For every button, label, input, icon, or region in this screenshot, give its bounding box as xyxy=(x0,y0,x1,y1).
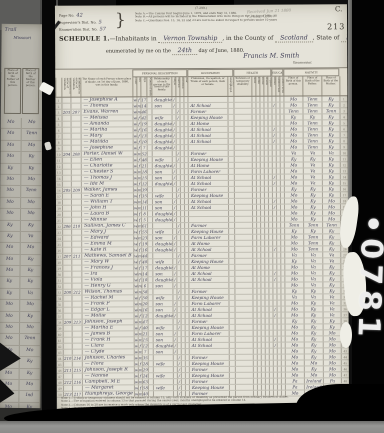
cell-rel: son xyxy=(153,331,173,336)
cell-fb: Ky xyxy=(304,306,323,311)
cell-rel xyxy=(151,109,171,114)
cell-occ: Farmer xyxy=(189,355,229,360)
cell-d xyxy=(61,98,70,103)
cell-mb: Va xyxy=(322,252,340,257)
cell-bp: Ky xyxy=(284,258,303,263)
cell-d xyxy=(62,164,71,169)
cell-bp: Tenn xyxy=(283,108,302,113)
left-page-birthplace: Ky xyxy=(0,289,20,300)
cell-fb: Tenn xyxy=(303,138,322,143)
cell-name: — Mary J xyxy=(81,229,133,234)
cell-name: — Edward xyxy=(81,235,133,240)
cell-bp: Ky xyxy=(284,114,303,119)
cell-name: Campbell, M E xyxy=(82,379,134,384)
cell-d xyxy=(62,296,71,301)
enumerator-signature: Francis M. Smith xyxy=(243,51,299,59)
cell-occ: At School xyxy=(188,199,228,204)
cell-d xyxy=(62,194,71,199)
cell-name: Walker, James xyxy=(81,187,133,192)
cell-rel xyxy=(152,151,172,156)
cell-bp: Ky xyxy=(284,228,303,233)
cell-mb: Ky xyxy=(321,102,339,107)
left-page-birthplace: Ky xyxy=(20,312,41,323)
left-page-birthplace: Mo xyxy=(1,141,22,152)
cell-bp: Mo xyxy=(284,180,303,185)
cell-name: Sullivan, James C xyxy=(81,223,133,228)
cell-sick xyxy=(235,319,253,324)
cell-fb: Tenn xyxy=(302,102,321,107)
cell-rel: son xyxy=(153,337,173,342)
cell-occ: At Home xyxy=(188,265,228,270)
cell-name: — Josephine xyxy=(81,145,133,150)
cell-occ: At School xyxy=(189,313,229,318)
cell-fb: Va xyxy=(303,168,322,173)
cell-d xyxy=(62,134,71,139)
cell-mb: Ky xyxy=(322,138,340,143)
cell-sick xyxy=(234,121,252,126)
cell-sick xyxy=(235,373,253,378)
cell-name: — Mollie xyxy=(82,313,134,318)
cell-fb: Mo xyxy=(304,372,323,377)
cell-bp: Mo xyxy=(285,354,304,359)
enumeration-dist-label: Enumeration Dist. No. xyxy=(59,28,98,32)
left-page-row: MoKy xyxy=(0,255,42,267)
left-page-birthplace: Mo xyxy=(0,198,21,209)
cell-bp: Va xyxy=(284,294,303,299)
left-page-row: MoMo xyxy=(0,198,42,210)
cell-fb: Tenn xyxy=(303,120,322,125)
schedule-text: —Inhabitants in xyxy=(110,36,157,42)
cell-name: — Viola xyxy=(81,277,133,282)
left-page-birthplace: Ky xyxy=(0,220,21,231)
left-page-column-header: Place of birth of the Mother of this per… xyxy=(22,68,39,114)
cell-d xyxy=(62,260,71,265)
cell-sick xyxy=(235,367,253,372)
cell-name: — Clara xyxy=(82,343,134,348)
form-note: Note C.—Questions Nos. 13, 14, 22 and 23… xyxy=(135,19,277,23)
left-page-row: MoKy xyxy=(0,311,41,323)
column-header-label: Profession, Occupation, or Trade of each… xyxy=(188,77,227,87)
cell-f xyxy=(71,194,81,199)
state-label: , State of xyxy=(313,35,340,41)
cell-f xyxy=(72,332,82,337)
cell-fb: Va xyxy=(303,282,322,287)
cell-occ: Keeping House xyxy=(188,115,228,120)
cell-occ: At School xyxy=(188,271,228,276)
left-page-birthplace: Mo xyxy=(19,380,40,391)
cell-mb: Mo xyxy=(323,360,341,365)
cell-f xyxy=(71,200,81,205)
column-header-f: Families numbered in order of visitation… xyxy=(70,78,80,97)
left-page-column-header: Place of birth of the Father of this per… xyxy=(4,68,21,114)
cell-rel xyxy=(152,223,172,228)
cell-d xyxy=(63,332,72,337)
cell-f xyxy=(72,350,82,355)
cell-d xyxy=(62,176,71,181)
left-page-birthplace: Ky xyxy=(20,357,41,368)
cell-d xyxy=(63,338,72,343)
cell-mb: Mo xyxy=(322,204,340,209)
cell-f xyxy=(71,170,81,175)
left-page-birthplace: Tenn xyxy=(21,186,42,197)
column-group-header: HEALTH xyxy=(233,69,271,77)
cell-f xyxy=(71,134,81,139)
cell-bp: Mo xyxy=(285,348,304,353)
cell-mb: Mo xyxy=(323,330,341,335)
cell-f xyxy=(72,386,82,391)
cell-name: — Nannie xyxy=(82,373,134,378)
left-page-row: MoMo xyxy=(1,141,43,153)
cell-name: — Martha xyxy=(81,127,133,132)
cell-occ: Keeping House xyxy=(189,373,229,378)
cell-rel: wife xyxy=(153,385,173,390)
cell-d xyxy=(62,302,71,307)
cell-f: 210 xyxy=(71,224,81,229)
left-page-row: MoMo xyxy=(0,243,42,255)
cell-fb: Ky xyxy=(303,198,322,203)
left-page-row: MoTenn xyxy=(0,186,42,198)
left-page-birthplace: Mo xyxy=(1,129,22,140)
cell-mb: Mo xyxy=(322,198,340,203)
cell-name: — Josephine A xyxy=(80,97,132,102)
cell-name: — Charlotte xyxy=(81,163,133,168)
cell-rel: daughter xyxy=(151,97,171,102)
cell-name: Porter, Daniel W xyxy=(81,151,133,156)
cell-occ: At Home xyxy=(188,121,228,126)
cell-name: Johnson, Joseph xyxy=(82,319,134,324)
cell-fb: Va xyxy=(303,264,322,269)
cell-mb: Ky xyxy=(323,324,341,329)
cell-f: 215 xyxy=(72,368,82,373)
left-page-birthplace: Ky xyxy=(20,277,41,288)
cell-fb: Ky xyxy=(303,228,322,233)
cell-name: — Mary xyxy=(81,133,133,138)
left-page-birthplace: Mo xyxy=(0,152,21,163)
cell-mb: Ky xyxy=(321,96,339,101)
left-page-birthplace: Ky xyxy=(21,221,42,232)
cell-d: 203 xyxy=(61,110,70,115)
cell-d xyxy=(62,146,71,151)
cell-mb: Ky xyxy=(322,120,340,125)
cell-sick xyxy=(235,331,253,336)
cell-bp: Mo xyxy=(284,300,303,305)
cell-fb: Ky xyxy=(304,318,323,323)
cell-fb: Tenn xyxy=(303,246,322,251)
cell-occ xyxy=(188,211,228,216)
column-header-fb: Place of Birth of the Father. xyxy=(302,76,321,95)
cell-rel: wife xyxy=(152,157,172,162)
cell-occ xyxy=(188,283,228,288)
cell-name: — Martha E xyxy=(82,325,134,330)
cell-name: — James B xyxy=(82,331,134,336)
cell-occ: Farmer xyxy=(188,223,228,228)
cell-tick: 1 xyxy=(339,96,347,101)
cell-mb: Ky xyxy=(322,246,340,251)
left-page-row: MoMo xyxy=(0,209,42,221)
cell-sick xyxy=(235,379,253,384)
cell-bp: Va xyxy=(284,150,303,155)
left-page-birthplace: Mo xyxy=(0,311,20,322)
cell-rel: daughter xyxy=(153,313,173,318)
cell-d: 211 xyxy=(63,368,72,373)
cell-sick xyxy=(234,127,252,132)
column-header-name: The Name of each Person whose place of a… xyxy=(80,77,132,96)
cell-mb: Ky xyxy=(322,228,340,233)
cell-d xyxy=(62,206,71,211)
district-id-block: Page No. 42 Supervisor's Dist. No. 5 Enu… xyxy=(59,12,123,33)
cell-rel: daughter xyxy=(152,121,172,126)
left-page-birthplace: Ky xyxy=(0,232,21,243)
cell-occ: At School xyxy=(188,139,228,144)
cell-rel: son xyxy=(153,307,173,312)
left-page-script: Trail xyxy=(5,27,17,33)
cell-fb: Ky xyxy=(304,330,323,335)
cell-fb: Tenn xyxy=(303,126,322,131)
cell-d xyxy=(62,248,71,253)
left-page-birthplace: Ky xyxy=(21,164,42,175)
column-header-label: Place of Birth of the Mother. xyxy=(322,76,339,86)
column-header-tick xyxy=(339,76,347,95)
cell-f xyxy=(71,158,81,163)
cell-tick: 17 xyxy=(340,192,348,197)
cell-rel: son xyxy=(153,349,173,354)
enumerator-label: Enumerator. xyxy=(293,60,312,64)
column-group-header: PERSONAL DESCRIPTION xyxy=(132,69,187,77)
cell-mb: Ky xyxy=(322,276,340,281)
left-page-birthplace: Va xyxy=(20,289,41,300)
cell-sick xyxy=(234,229,252,234)
schedule-title-line: SCHEDULE 1.—Inhabitants in Vernon Townsh… xyxy=(59,34,345,42)
table-header: PERSONAL DESCRIPTIONOCCUPATIONHEALTHEDUC… xyxy=(55,68,347,98)
left-page-row: KyVa xyxy=(0,289,41,301)
cell-fb: Tenn xyxy=(303,144,322,149)
left-page-row: KyVa xyxy=(0,232,42,244)
column-header-mb: Place of Birth of the Mother. xyxy=(321,76,339,95)
cell-tick: 5 xyxy=(340,120,348,125)
cell-f: 212 xyxy=(71,290,81,295)
cell-sick xyxy=(235,385,253,390)
cell-sick xyxy=(234,151,252,156)
cell-bp: Mo xyxy=(285,306,304,311)
cell-f xyxy=(72,344,82,349)
cell-fb: Tenn xyxy=(303,222,322,227)
cell-occ: Farm Laborer xyxy=(188,301,228,306)
cell-bp: Tenn xyxy=(284,222,303,227)
cell-bp: Mo xyxy=(284,144,303,149)
cell-fb: Ky xyxy=(304,354,323,359)
cell-tick: 8 xyxy=(340,138,348,143)
cell-rel: daughter xyxy=(152,247,172,252)
cell-tick: 37 xyxy=(341,312,349,317)
cell-name: Wilson, Thomas xyxy=(81,289,133,294)
cell-fb: Tenn xyxy=(302,108,321,113)
column-group-header: EDUCATION xyxy=(271,69,283,77)
cell-d xyxy=(63,314,72,319)
left-page-row: MoMo xyxy=(1,118,43,130)
township-handwritten: Vernon Township xyxy=(158,35,222,43)
cell-fb: Va xyxy=(303,258,322,263)
cell-sick xyxy=(233,109,251,114)
cell-occ: At School xyxy=(188,181,228,186)
cell-occ: Farmer xyxy=(188,289,228,294)
brace-glyph: } xyxy=(115,10,126,30)
cell-d xyxy=(62,140,71,145)
cell-bp: Mo xyxy=(284,132,303,137)
cell-f xyxy=(71,272,81,277)
cell-fb: Va xyxy=(303,270,322,275)
cell-bp: Mo xyxy=(284,246,303,251)
cell-d: 204 xyxy=(62,152,71,157)
page-no-label: Page No. xyxy=(59,14,74,18)
cell-sick xyxy=(235,307,253,312)
cell-name: — Minnie xyxy=(81,217,133,222)
cell-rel: daughter xyxy=(152,163,172,168)
cell-name: — William T xyxy=(81,199,133,204)
cell-mb: Va xyxy=(322,150,340,155)
column-header-rel: Relationship of each person to the head … xyxy=(151,77,171,96)
left-page-birthplace: Mo xyxy=(0,186,21,197)
cell-d xyxy=(61,104,70,109)
cell-rel: son xyxy=(152,235,172,240)
cell-mb: Mo xyxy=(323,354,341,359)
cell-d: 205 xyxy=(62,188,71,193)
cell-sick xyxy=(234,163,252,168)
cell-rel: daughter xyxy=(152,241,172,246)
left-page-birthplace: Mo xyxy=(0,175,21,186)
cell-rel: son xyxy=(152,271,172,276)
film-bullet: • xyxy=(354,213,384,238)
left-page-row: MoTenn xyxy=(1,129,43,141)
cell-f xyxy=(71,146,81,151)
cell-occ xyxy=(188,217,228,222)
cell-rel: son xyxy=(152,205,172,210)
cell-d xyxy=(62,212,71,217)
cell-name: — Thomas xyxy=(80,103,132,108)
cell-occ: Keeping House xyxy=(188,157,228,162)
left-page-row: MoMo xyxy=(0,175,42,187)
cell-f xyxy=(71,218,81,223)
cell-rel: daughter xyxy=(152,211,172,216)
cell-tick: 16 xyxy=(340,186,348,191)
scan-bottom-strip xyxy=(0,421,384,433)
day-handwritten: 24th xyxy=(173,47,197,55)
cell-rel: wife xyxy=(152,229,172,234)
cell-bp: Mo xyxy=(285,324,304,329)
left-page-row: KyKy xyxy=(0,163,42,175)
cell-fb: Va xyxy=(303,150,322,155)
cell-d xyxy=(62,236,71,241)
cell-fb: Va xyxy=(303,180,322,185)
left-page-birthplace: Tenn xyxy=(22,129,43,140)
cell-mb: Ky xyxy=(322,144,340,149)
cell-f xyxy=(72,374,82,379)
cell-sick xyxy=(234,223,252,228)
cell-tick: 2 xyxy=(339,102,347,107)
cell-tick: 3 xyxy=(339,108,347,113)
cell-d xyxy=(63,350,72,355)
cell-mb: Va xyxy=(323,312,341,317)
left-page-birthplace: Tenn xyxy=(20,334,41,345)
cell-f xyxy=(71,164,81,169)
cell-occ: Farmer xyxy=(188,151,228,156)
cell-bp: Mo xyxy=(284,120,303,125)
cell-occ: At School xyxy=(189,337,229,342)
cell-occ: Keeping House xyxy=(188,229,228,234)
cell-name: — Clyde xyxy=(82,349,134,354)
cell-bp: Ky xyxy=(284,186,303,191)
cell-bp: Va xyxy=(284,252,303,257)
cell-mb: Va xyxy=(322,294,340,299)
cell-f xyxy=(71,266,81,271)
cell-name: Johnson, Charles xyxy=(82,355,134,360)
cell-fb: Mo xyxy=(304,360,323,365)
left-page-row: KyKy xyxy=(0,220,42,232)
cell-f xyxy=(71,212,81,217)
cell-d: 206 xyxy=(62,224,71,229)
cell-d xyxy=(62,272,71,277)
cell-f xyxy=(71,242,81,247)
cell-sick xyxy=(234,211,252,216)
cell-fb: Ky xyxy=(303,204,322,209)
cell-f xyxy=(71,206,81,211)
cell-bp: Mo xyxy=(284,198,303,203)
left-page-row: MoMo xyxy=(0,300,41,312)
cell-fb: Ky xyxy=(304,366,323,371)
cell-bp: Mo xyxy=(285,360,304,365)
form-notes: Note A.—The Census Year begins June 1, 1… xyxy=(135,12,277,23)
cell-d xyxy=(63,362,72,367)
cell-occ: At Home xyxy=(188,163,228,168)
cell-rel: daughter xyxy=(152,133,172,138)
column-header-label: Sickness or temporary disability xyxy=(234,77,251,87)
cell-sick xyxy=(235,313,253,318)
cell-d xyxy=(62,266,71,271)
left-page-row: MoKy xyxy=(0,152,42,164)
corner-letter: C. xyxy=(335,5,342,13)
cell-rel: daughter xyxy=(152,277,172,282)
cell-bp: Mo xyxy=(285,330,304,335)
left-page-birthplace: Mo xyxy=(0,368,20,379)
cell-sick xyxy=(235,337,253,342)
cell-sick xyxy=(234,193,252,198)
cell-occ: Farmer xyxy=(188,253,228,258)
cell-mb: Ky xyxy=(322,234,340,239)
cell-mb: Ky xyxy=(322,174,340,179)
cell-d xyxy=(62,242,71,247)
cell-occ: Keeping House xyxy=(189,325,229,330)
cell-mb: Ky xyxy=(322,270,340,275)
cell-occ: Farmer xyxy=(189,319,229,324)
cell-f xyxy=(71,284,81,289)
cell-occ: Keeping House xyxy=(189,361,229,366)
cell-fb: Ky xyxy=(303,288,322,293)
cell-rel: daughter xyxy=(153,343,173,348)
cell-sick xyxy=(234,271,252,276)
cell-bp: Mo xyxy=(283,96,302,101)
cell-mb: Ky xyxy=(322,126,340,131)
cell-mb: Ky xyxy=(322,288,340,293)
cell-tick: 9 xyxy=(340,144,348,149)
cell-fb: Ky xyxy=(304,324,323,329)
cell-rel xyxy=(153,367,173,372)
left-page-birthplace: Mo xyxy=(0,403,19,409)
cell-occ: At School xyxy=(187,103,227,108)
cell-f xyxy=(71,260,81,265)
cell-mb: Ky xyxy=(322,114,340,119)
cell-fb: Ky xyxy=(304,336,323,341)
cell-fb: Ky xyxy=(303,210,322,215)
cell-sick xyxy=(234,253,252,258)
